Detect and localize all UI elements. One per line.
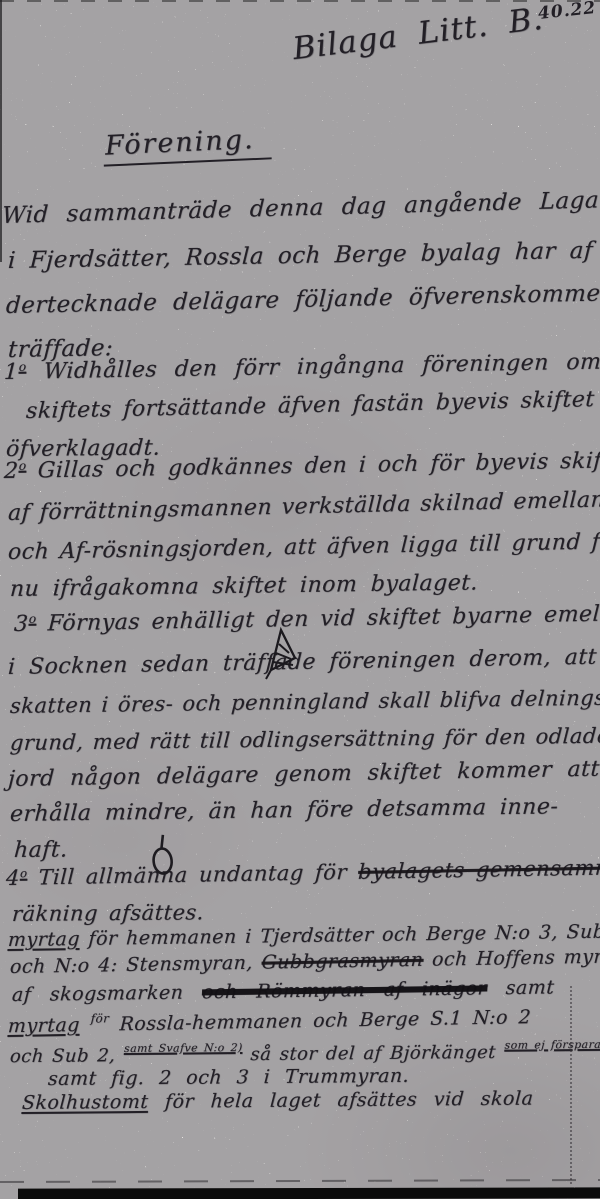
inserted-text: för: [90, 1011, 109, 1025]
text-segment: dertecknade delägare följande öfverensko…: [5, 280, 600, 319]
text-segment: af förrättningsmannen verkställda skilna…: [7, 486, 600, 526]
underlined-text: Skolhustomt: [21, 1091, 149, 1114]
text-line: skatten i öres- och penningland skall bl…: [9, 686, 600, 718]
text-line: och Sub 2, samt Svafve N:o 2) så stor de…: [9, 1036, 600, 1067]
text-segment: och Hoffens myran: [423, 945, 600, 971]
text-line: räkning afsättes.: [11, 900, 204, 926]
text-line: och Af-rösningsjorden, att äfven ligga t…: [7, 529, 600, 565]
text-segment: af skogsmarken: [11, 981, 202, 1006]
text-segment: Rossla-hemmanen och Berge S.1 N:o 2: [108, 1006, 531, 1035]
underlined-text: myrtag: [7, 1014, 80, 1037]
scanned-document-page: 40.22 Bilaga Litt. B. Förening. Wid samm…: [0, 0, 600, 1199]
text-segment: för hemmanen i Tjerdsätter och Berge N:o…: [79, 920, 600, 950]
text-segment: erhålla mindre, än han före detsamma inn…: [9, 794, 559, 827]
annex-heading: Bilaga Litt. B.: [291, 1, 546, 67]
text-line: skiftets fortsättande äfven fastän byevi…: [25, 386, 600, 424]
text-segment: 1: [3, 360, 19, 385]
text-segment: räkning afsättes.: [11, 900, 204, 926]
text-segment: Wid sammanträde denna dag angående Laga …: [1, 185, 600, 229]
inserted-text: som ej försparas): [504, 1038, 600, 1052]
corner-page-number: 40.22: [537, 0, 597, 24]
text-segment: 4: [5, 866, 20, 890]
text-segment: haft.: [13, 838, 68, 863]
text-line: af skogsmarken och Römmyran af inägor sa…: [11, 976, 555, 1006]
text-line: myrtag för Rossla-hemmanen och Berge S.1…: [7, 1004, 532, 1037]
text-segment: skatten i öres- och penningland skall bl…: [9, 686, 600, 718]
text-segment: 3: [13, 612, 29, 637]
text-line: i Fjerdsätter, Rossla och Berge byalag h…: [7, 237, 600, 274]
text-segment: Till allmänna undantag för: [27, 860, 359, 890]
text-segment: Förnyas enhälligt den vid skiftet byarne…: [36, 601, 600, 636]
inserted-text: samt Svafve N:o 2): [124, 1041, 243, 1055]
text-segment: och N:o 4: Stensmyran,: [9, 952, 262, 978]
text-line: Skolhustomt för hela laget afsättes vid …: [21, 1088, 534, 1114]
text-segment: nu ifrågakomna skiftet inom byalaget.: [9, 570, 478, 602]
paper-fold-line: [570, 986, 572, 1184]
text-segment: samt: [487, 976, 556, 999]
struck-text: Gubbgrasmyran: [261, 949, 424, 974]
text-segment: för hela laget afsättes vid skola: [148, 1088, 534, 1113]
scan-edge-top: [0, 0, 600, 2]
scan-bottom-dashes: [0, 1179, 600, 1183]
text-segment: skiftets fortsättande äfven fastän byevi…: [25, 386, 600, 424]
text-line: jord någon delägare genom skiftet kommer…: [7, 757, 600, 792]
text-segment: och Af-rösningsjorden, att äfven ligga t…: [7, 529, 600, 565]
text-line: Wid sammanträde denna dag angående Laga …: [1, 185, 600, 229]
struck-text: byalagets gemensamma: [358, 855, 600, 884]
text-line: nu ifrågakomna skiftet inom byalaget.: [9, 570, 478, 602]
document-title: Förening.: [102, 123, 271, 166]
text-segment: samt fig. 2 och 3 i Trummyran.: [47, 1065, 410, 1090]
text-line: haft.: [13, 838, 68, 863]
text-line: af förrättningsmannen verkställda skilna…: [7, 486, 600, 526]
text-segment: 2: [3, 459, 19, 484]
text-line: 3o Förnyas enhälligt den vid skiftet bya…: [13, 601, 600, 637]
text-segment: i Socknen sedan träffade föreningen dero…: [7, 645, 597, 680]
text-line: och N:o 4: Stensmyran, Gubbgrasmyran och…: [9, 945, 600, 978]
text-segment: grund, med rätt till odlingsersättning f…: [9, 724, 600, 755]
struck-text: och Römmyran af inägor: [201, 977, 487, 1003]
text-segment: [79, 1014, 91, 1036]
text-segment: i Fjerdsätter, Rossla och Berge byalag h…: [7, 237, 600, 274]
text-line: samt fig. 2 och 3 i Trummyran.: [47, 1065, 410, 1090]
underlined-text: myrtag: [7, 928, 80, 951]
text-line: grund, med rätt till odlingsersättning f…: [9, 724, 600, 755]
text-segment: jord någon delägare genom skiftet kommer…: [7, 757, 600, 792]
text-segment: så stor del af Björkänget: [242, 1042, 505, 1065]
scan-bottom-bar: [18, 1187, 600, 1199]
text-line: erhålla mindre, än han före detsamma inn…: [9, 794, 559, 827]
text-line: dertecknade delägare följande öfverensko…: [5, 280, 600, 319]
text-line: 4o Till allmänna undantag för byalagets …: [5, 855, 600, 890]
text-segment: och Sub 2,: [9, 1045, 124, 1067]
text-line: i Socknen sedan träffade föreningen dero…: [7, 645, 597, 680]
